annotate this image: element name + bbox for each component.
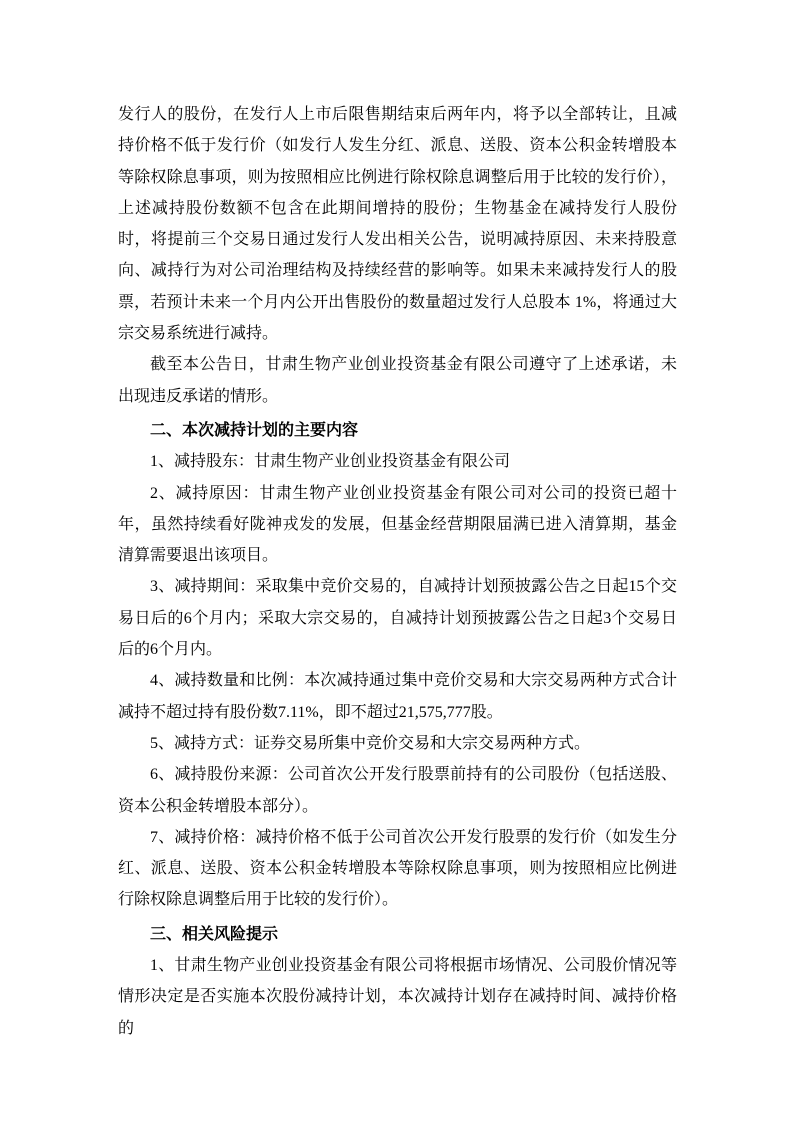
paragraph-item-7-price: 7、减持价格：减持价格不低于公司首次公开发行股票的发行价（如发生分红、派息、送股… — [118, 822, 677, 916]
document-content: 发行人的股份，在发行人上市后限售期结束后两年内，将予以全部转让，且减持价格不低于… — [118, 99, 677, 1044]
paragraph-item-1-shareholder: 1、减持股东：甘肃生物产业创业投资基金有限公司 — [118, 446, 677, 477]
paragraph-commitment-continued: 发行人的股份，在发行人上市后限售期结束后两年内，将予以全部转让，且减持价格不低于… — [118, 99, 677, 349]
paragraph-risk-1: 1、甘肃生物产业创业投资基金有限公司将根据市场情况、公司股价情况等情形决定是否实… — [118, 950, 677, 1044]
paragraph-compliance-statement: 截至本公告日，甘肃生物产业创业投资基金有限公司遵守了上述承诺，未出现违反承诺的情… — [118, 349, 677, 412]
paragraph-item-2-reason: 2、减持原因：甘肃生物产业创业投资基金有限公司对公司的投资已超十年，虽然持续看好… — [118, 478, 677, 572]
document-page: 发行人的股份，在发行人上市后限售期结束后两年内，将予以全部转让，且减持价格不低于… — [0, 0, 793, 1122]
section-heading-reduction-plan: 二、本次减持计划的主要内容 — [118, 415, 677, 446]
paragraph-item-5-method: 5、减持方式：证券交易所集中竞价交易和大宗交易两种方式。 — [118, 728, 677, 759]
paragraph-item-3-period: 3、减持期间：采取集中竞价交易的，自减持计划预披露公告之日起15个交易日后的6个… — [118, 571, 677, 665]
paragraph-item-6-share-source: 6、减持股份来源：公司首次公开发行股票前持有的公司股份（包括送股、资本公积金转增… — [118, 759, 677, 822]
section-heading-risk-notice: 三、相关风险提示 — [118, 919, 677, 950]
paragraph-item-4-quantity-ratio: 4、减持数量和比例：本次减持通过集中竞价交易和大宗交易两种方式合计减持不超过持有… — [118, 665, 677, 728]
